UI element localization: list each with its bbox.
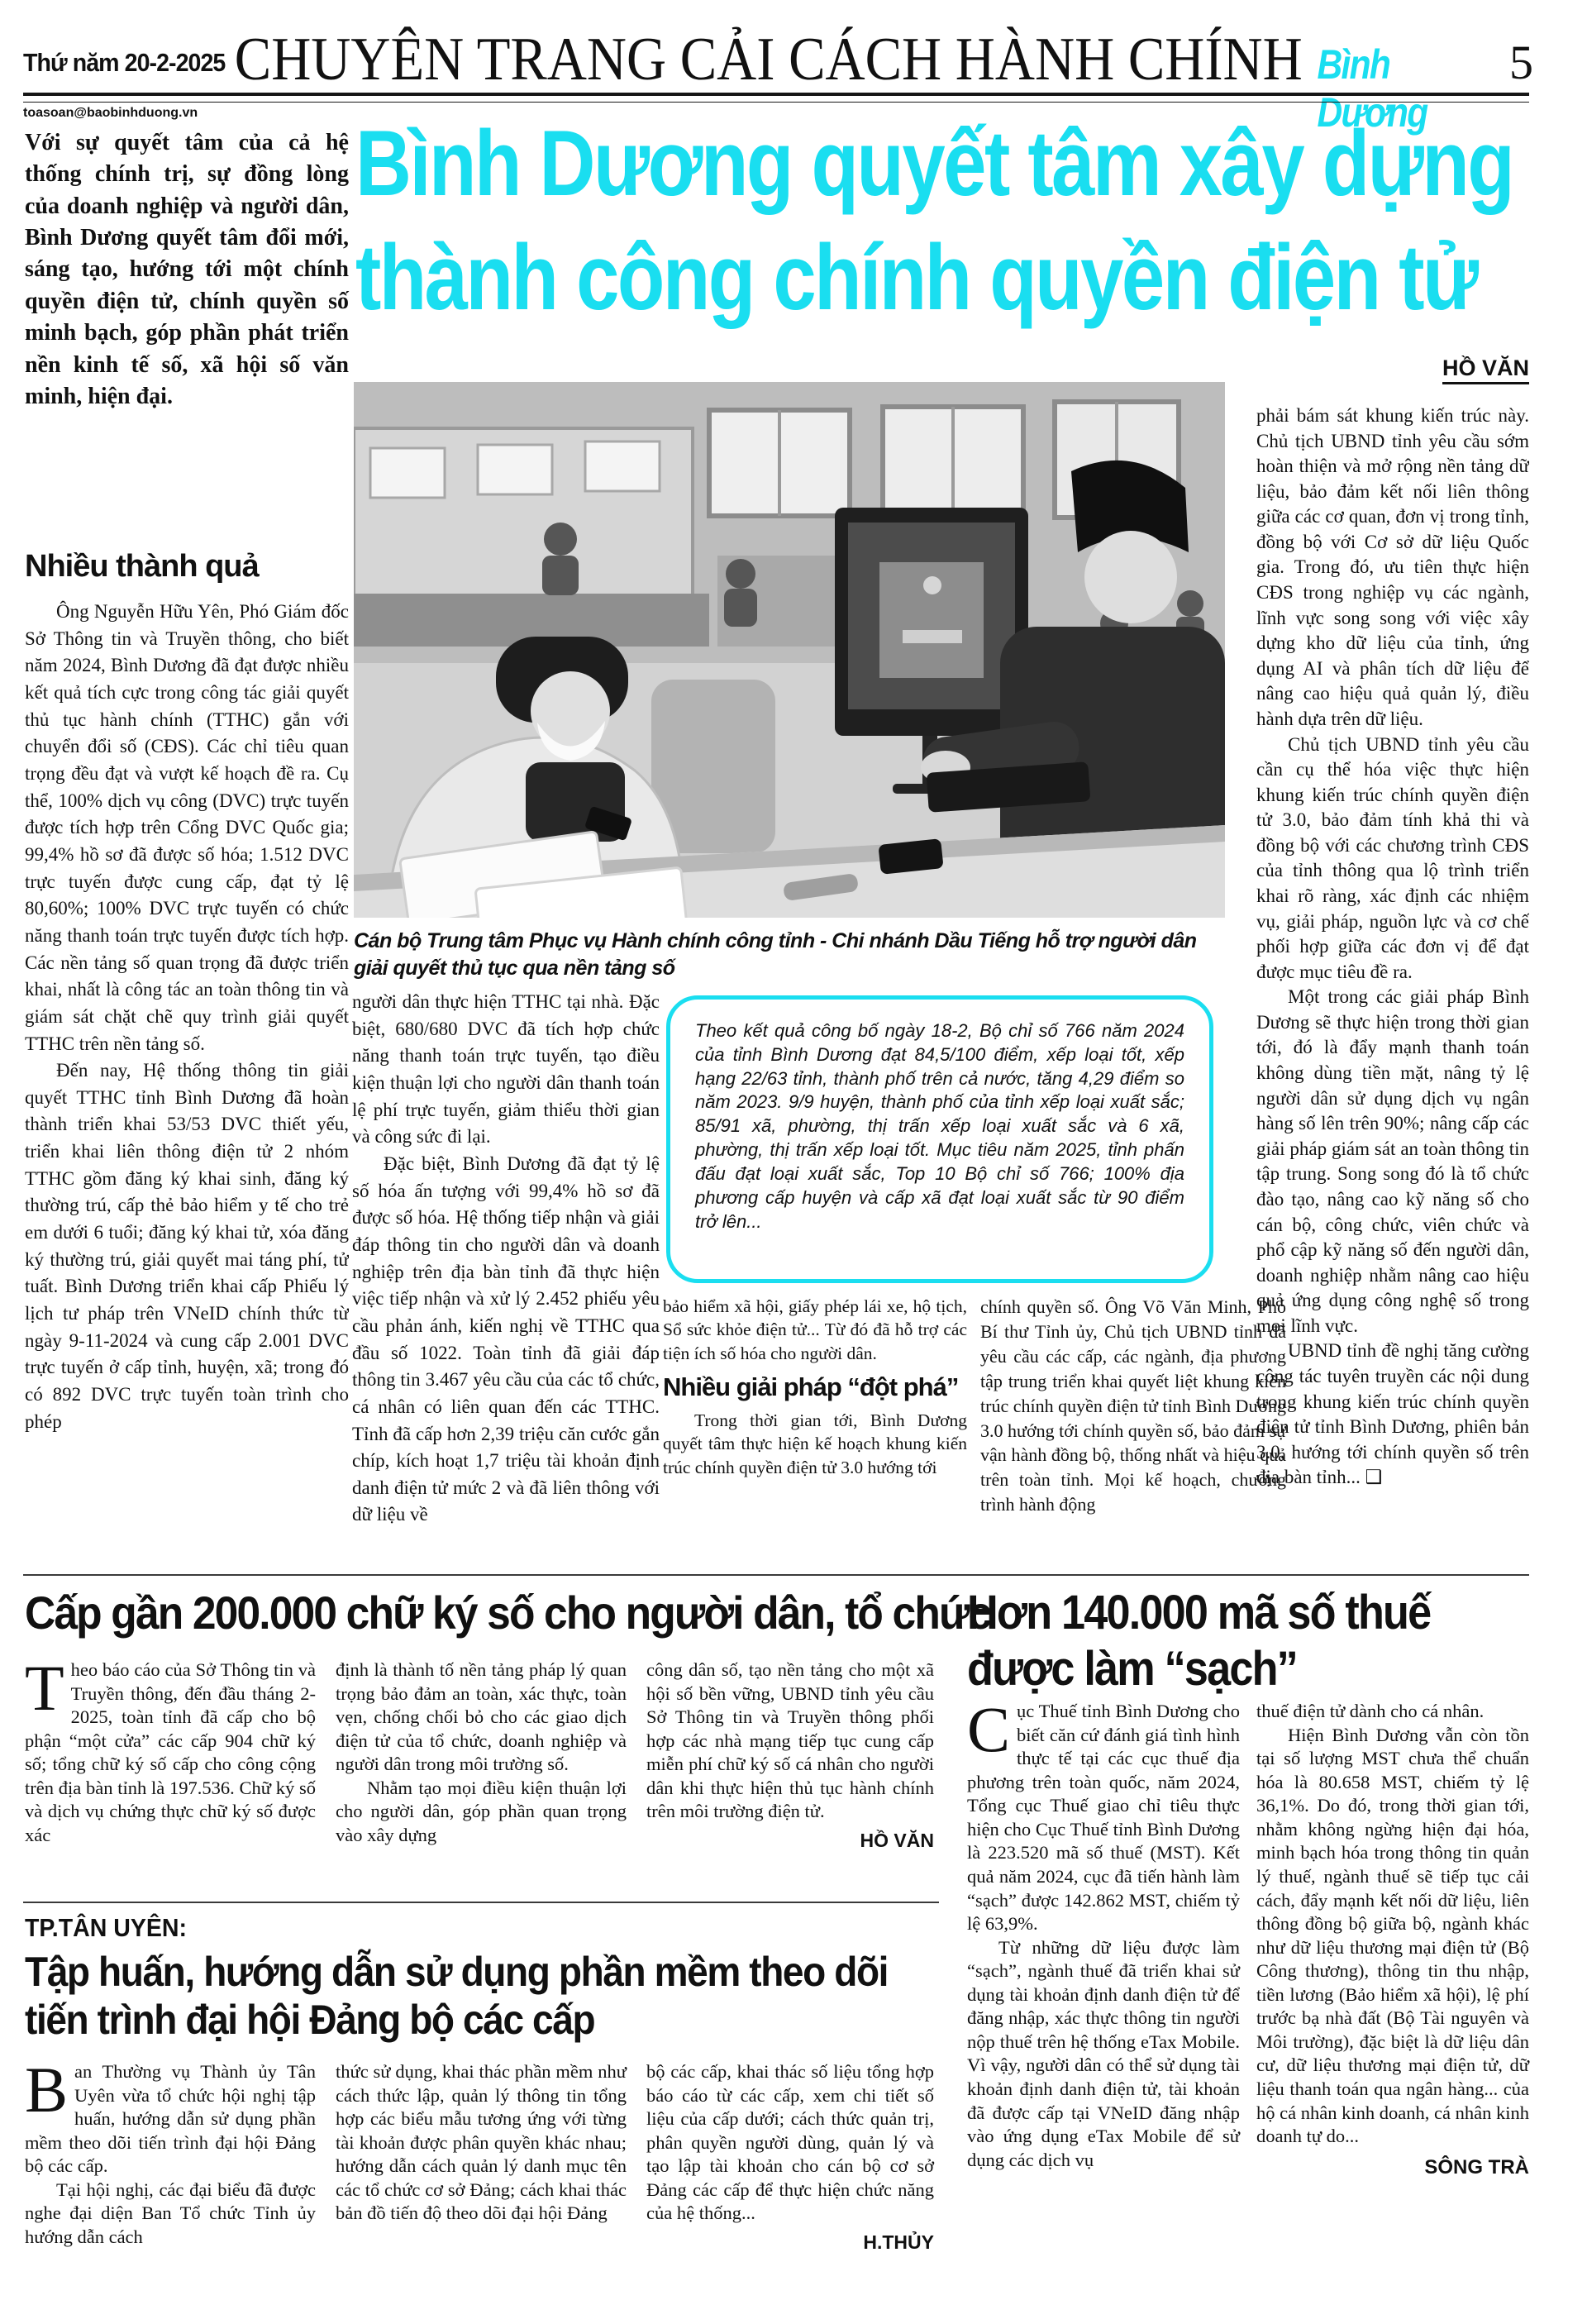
paragraph: bảo hiểm xã hội, giấy phép lái xe, hộ tị… (663, 1295, 967, 1365)
article3-column-1: Cục Thuế tỉnh Bình Dương cho biết căn cứ… (967, 1700, 1240, 2172)
drop-cap: T (25, 1658, 71, 1713)
photo-illustration (354, 382, 1225, 918)
paragraph: Đến nay, Hệ thống thông tin giải quyết T… (25, 1057, 349, 1435)
article2-byline: HỒ VĂN (646, 1829, 934, 1853)
paragraph: Trong thời gian tới, Bình Dương quyết tâ… (663, 1409, 967, 1479)
section-heading-solutions: Nhiều giải pháp “đột phá” (663, 1373, 967, 1402)
section-heading-achievements: Nhiều thành quả (25, 549, 259, 585)
drop-cap: C (967, 1700, 1017, 1754)
quote-box: Theo kết quả công bố ngày 18-2, Bộ chỉ s… (666, 995, 1213, 1283)
article4-column-2: thức sử dụng, khai thác phần mềm như các… (336, 2060, 627, 2226)
paragraph: thức sử dụng, khai thác phần mềm như các… (336, 2060, 627, 2226)
main-byline: HỒ VĂN (1256, 356, 1529, 381)
quote-text: Theo kết quả công bố ngày 18-2, Bộ chỉ s… (695, 1019, 1184, 1234)
article4-byline: H.THỦY (646, 2231, 934, 2255)
main-article-intro: Với sự quyết tâm của cả hệ thống chính t… (25, 127, 349, 413)
paragraph: thuế điện tử dành cho cá nhân. (1256, 1700, 1529, 1724)
paragraph: định là thành tố nền tảng pháp lý quan t… (336, 1658, 627, 1777)
paragraph: Đặc biệt, Bình Dương đã đạt tỷ lệ số hóa… (352, 1151, 660, 1529)
newspaper-page: Thứ năm 20-2-2025 CHUYÊN TRANG CẢI CÁCH … (0, 0, 1587, 2324)
article2-column-2: định là thành tố nền tảng pháp lý quan t… (336, 1658, 627, 1848)
header-divider (23, 93, 1529, 103)
article3-byline: SÔNG TRÀ (1256, 2155, 1529, 2180)
paragraph: Nhằm tạo mọi điều kiện thuận lợi cho ngư… (336, 1777, 627, 1848)
paragraph: Từ những dữ liệu được làm “sạch”, ngành … (967, 1936, 1240, 2173)
paragraph: Theo báo cáo của Sở Thông tin và Truyền … (25, 1658, 316, 1848)
article3-headline-line2: được làm “sạch” (967, 1645, 1333, 1693)
main-column-1: Ông Nguyễn Hữu Yên, Phó Giám đốc Sở Thôn… (25, 599, 349, 1568)
paragraph: bộ các cấp, khai thác số liệu tổng hợp b… (646, 2060, 934, 2226)
paragraph: công dân số, tạo nền tảng cho một xã hội… (646, 1658, 934, 1824)
article2-column-3: công dân số, tạo nền tảng cho một xã hội… (646, 1658, 934, 1853)
article2-headline-wrap: Cấp gần 200.000 chữ ký số cho người dân,… (25, 1586, 1075, 1639)
article4-column-3: bộ các cấp, khai thác số liệu tổng hợp b… (646, 2060, 934, 2255)
main-column-3: bảo hiểm xã hội, giấy phép lái xe, hộ tị… (663, 1295, 967, 1571)
paragraph: phải bám sát khung kiến trúc này. Chủ tị… (1256, 403, 1529, 733)
editorial-email: toasoan@baobinhduong.vn (23, 106, 198, 121)
masthead-title-text: CHUYÊN TRANG CẢI CÁCH HÀNH CHÍNH (235, 25, 1303, 95)
horizontal-divider-left (23, 1902, 939, 1903)
article-photo (354, 382, 1225, 918)
paragraph: Tại hội nghị, các đại biểu đã được nghe … (25, 2178, 316, 2250)
main-column-2: người dân thực hiện TTHC tại nhà. Đặc bi… (352, 989, 660, 1568)
article4-headline-line2: tiến trình đại hội Đảng bộ các cấp (25, 1999, 644, 2040)
main-headline-line1: Bình Dương quyết tâm xây dựng (355, 117, 1587, 210)
article3-headline-line1: Hơn 140.000 mã số thuế (967, 1589, 1482, 1637)
article2-headline: Cấp gần 200.000 chữ ký số cho người dân,… (25, 1586, 990, 1639)
paragraph: chính quyền số. Ông Võ Văn Minh, Phó Bí … (980, 1295, 1286, 1517)
paragraph: người dân thực hiện TTHC tại nhà. Đặc bi… (352, 989, 660, 1151)
article4-kicker: TP.TÂN UYÊN: (25, 1913, 187, 1943)
photo-caption: Cán bộ Trung tâm Phục vụ Hành chính công… (354, 928, 1232, 982)
paragraph: Cục Thuế tỉnh Bình Dương cho biết căn cứ… (967, 1700, 1240, 1936)
paragraph: Ban Thường vụ Thành ủy Tân Uyên vừa tổ c… (25, 2060, 316, 2178)
paragraph: Hiện Bình Dương vẫn còn tồn tại số lượng… (1256, 1724, 1529, 2149)
paragraph: Một trong các giải pháp Bình Dương sẽ th… (1256, 985, 1529, 1339)
main-column-4: chính quyền số. Ông Võ Văn Minh, Phó Bí … (980, 1295, 1286, 1571)
article2-column-1: Theo báo cáo của Sở Thông tin và Truyền … (25, 1658, 316, 1848)
article4-column-1: Ban Thường vụ Thành ủy Tân Uyên vừa tổ c… (25, 2060, 316, 2250)
drop-cap: B (25, 2060, 74, 2115)
paragraph: Ông Nguyễn Hữu Yên, Phó Giám đốc Sở Thôn… (25, 599, 349, 1057)
page-number: 5 (1509, 35, 1533, 90)
masthead-title: CHUYÊN TRANG CẢI CÁCH HÀNH CHÍNH (165, 25, 1372, 95)
paragraph: Chủ tịch UBND tỉnh yêu cầu cần cụ thể hó… (1256, 733, 1529, 985)
main-headline-line2: thành công chính quyền điện tử (355, 231, 1587, 324)
paragraph: UBND tỉnh đề nghị tăng cường công tác tu… (1256, 1339, 1529, 1490)
article4-headline-line1: Tập huấn, hướng dẫn sử dụng phần mềm the… (25, 1951, 963, 1992)
horizontal-divider (23, 1574, 1529, 1576)
main-column-5: phải bám sát khung kiến trúc này. Chủ tị… (1256, 403, 1529, 1569)
article3-column-2: thuế điện tử dành cho cá nhân. Hiện Bình… (1256, 1700, 1529, 2180)
